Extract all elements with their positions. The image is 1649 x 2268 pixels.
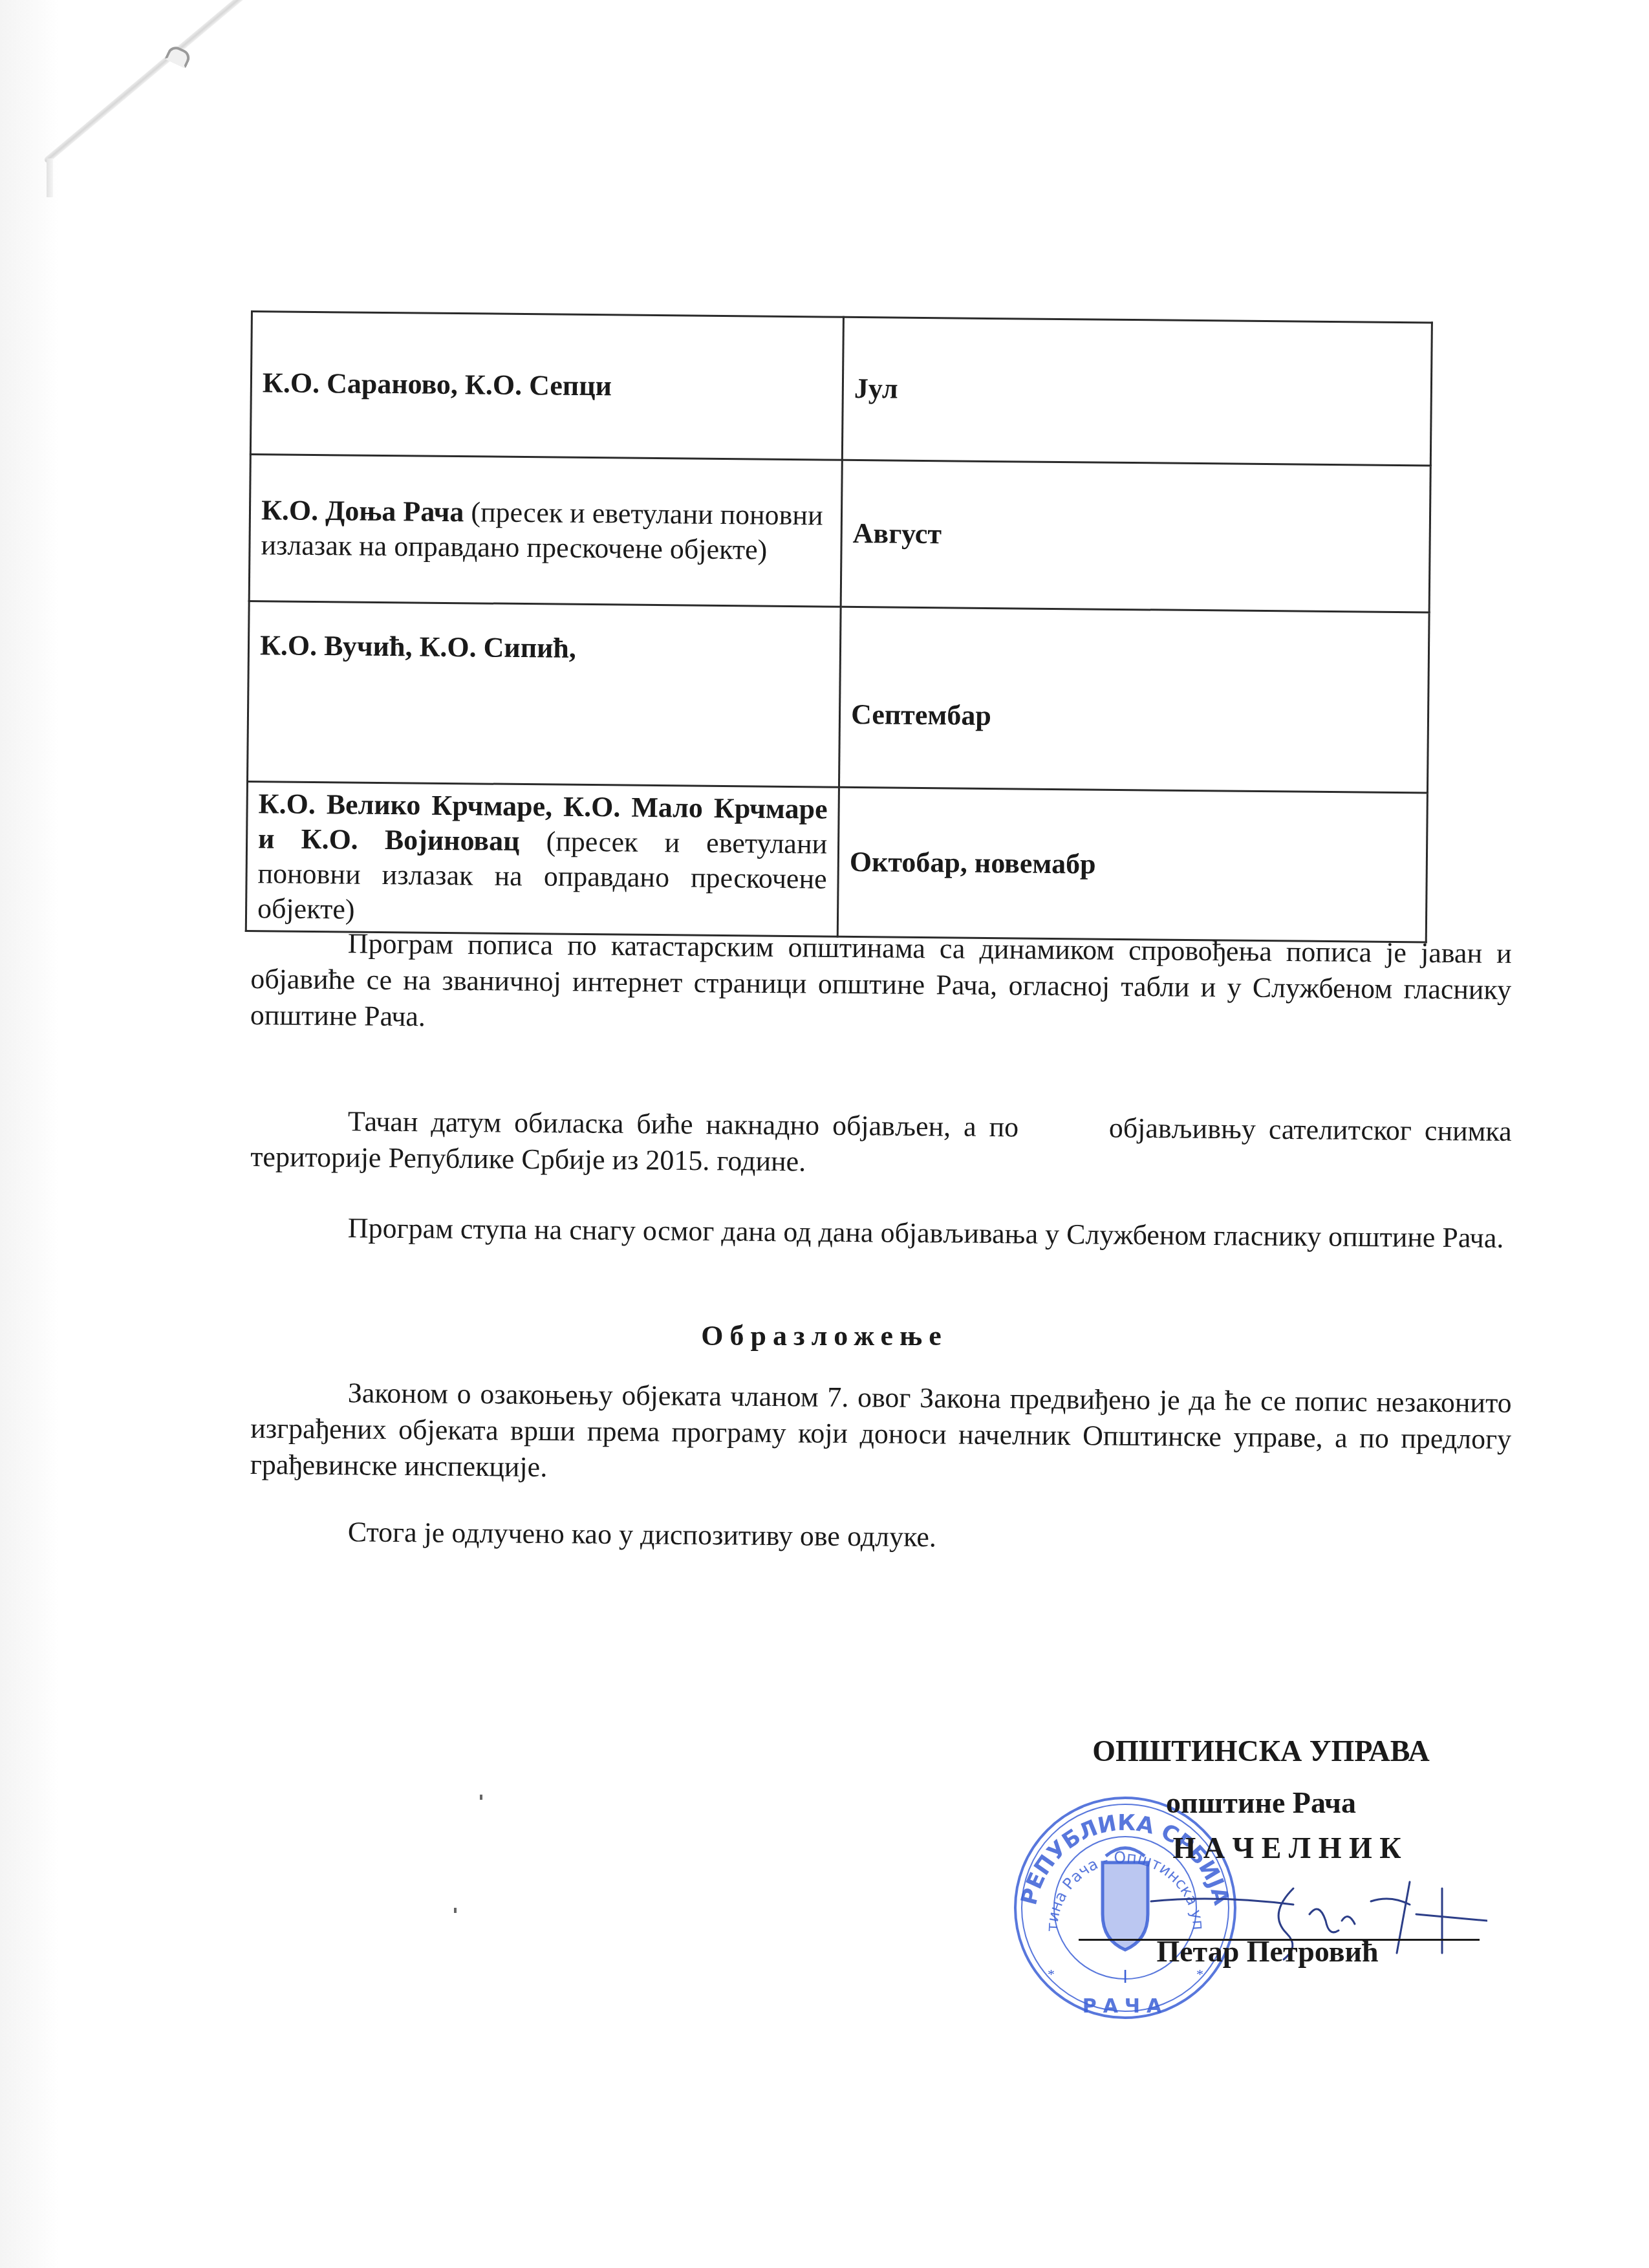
- staple-icon: [164, 44, 193, 69]
- table-row: К.О. Сараново, К.О. Сепци Јул: [250, 312, 1432, 466]
- cadastral-area-cell: К.О. Вучић, К.О. Сипић,: [248, 601, 841, 787]
- table-row: К.О. Велико Крчмаре, К.О. Мало Крчмаре и…: [246, 781, 1427, 942]
- area-name: К.О. Доња Рача: [261, 494, 464, 528]
- scan-fold-shadow: [0, 0, 58, 2268]
- scan-speck: [454, 1908, 457, 1913]
- month-value: Октобар, новемабр: [850, 846, 1096, 880]
- signature-municipality: општине Рача: [1035, 1785, 1487, 1821]
- paragraph-legal-basis: Законом о озакоњењу објеката чланом 7. о…: [250, 1374, 1512, 1494]
- month-value: Септембар: [851, 698, 991, 731]
- cadastral-area-cell: К.О. Сараново, К.О. Сепци: [250, 312, 843, 460]
- month-value: Август: [853, 517, 942, 550]
- table-row: К.О. Доња Рача (пресек и еветулани понов…: [249, 455, 1430, 613]
- month-value: Јул: [854, 373, 898, 405]
- cadastral-area-cell: К.О. Велико Крчмаре, К.О. Мало Крчмаре и…: [246, 781, 839, 936]
- scan-fold-line: [43, 0, 261, 164]
- month-cell: Август: [841, 460, 1430, 612]
- census-schedule-table: К.О. Сараново, К.О. Сепци Јул К.О. Доња …: [245, 310, 1433, 944]
- cadastral-area-cell: К.О. Доња Рача (пресек и еветулани понов…: [249, 455, 842, 607]
- paragraph-publication: Програм пописа по катастарским општинама…: [250, 925, 1512, 1044]
- table-row: К.О. Вучић, К.О. Сипић, Септембар: [248, 601, 1430, 793]
- month-cell: Септембар: [839, 607, 1429, 793]
- scan-speck: [480, 1795, 482, 1800]
- month-cell: Октобар, новемабр: [837, 787, 1427, 942]
- signature-title: Н А Ч Е Л Н И К: [1061, 1830, 1513, 1866]
- area-name: К.О. Сараново, К.О. Сепци: [263, 367, 612, 402]
- signatory-name: Петар Петровић: [1041, 1934, 1494, 1970]
- document-page: К.О. Сараново, К.О. Сепци Јул К.О. Доња …: [0, 0, 1649, 2268]
- paragraph-visit-date: Тачан датум обиласка биће накнадно објав…: [250, 1103, 1512, 1186]
- paragraph-effective-date: Програм ступа на снагу осмог дана од дан…: [251, 1209, 1512, 1257]
- svg-text:РАЧА: РАЧА: [1083, 1995, 1169, 2018]
- paragraph-conclusion: Стога је одлучено као у диспозитиву ове …: [251, 1513, 1512, 1561]
- svg-text:I: I: [1123, 1968, 1128, 1987]
- scan-fold-edge: [47, 158, 53, 197]
- month-cell: Јул: [842, 317, 1432, 466]
- section-heading-rationale: Образложење: [0, 1319, 1649, 1352]
- area-name: К.О. Вучић, К.О. Сипић,: [260, 629, 576, 664]
- signature-org: ОПШТИНСКА УПРАВА: [1035, 1733, 1487, 1769]
